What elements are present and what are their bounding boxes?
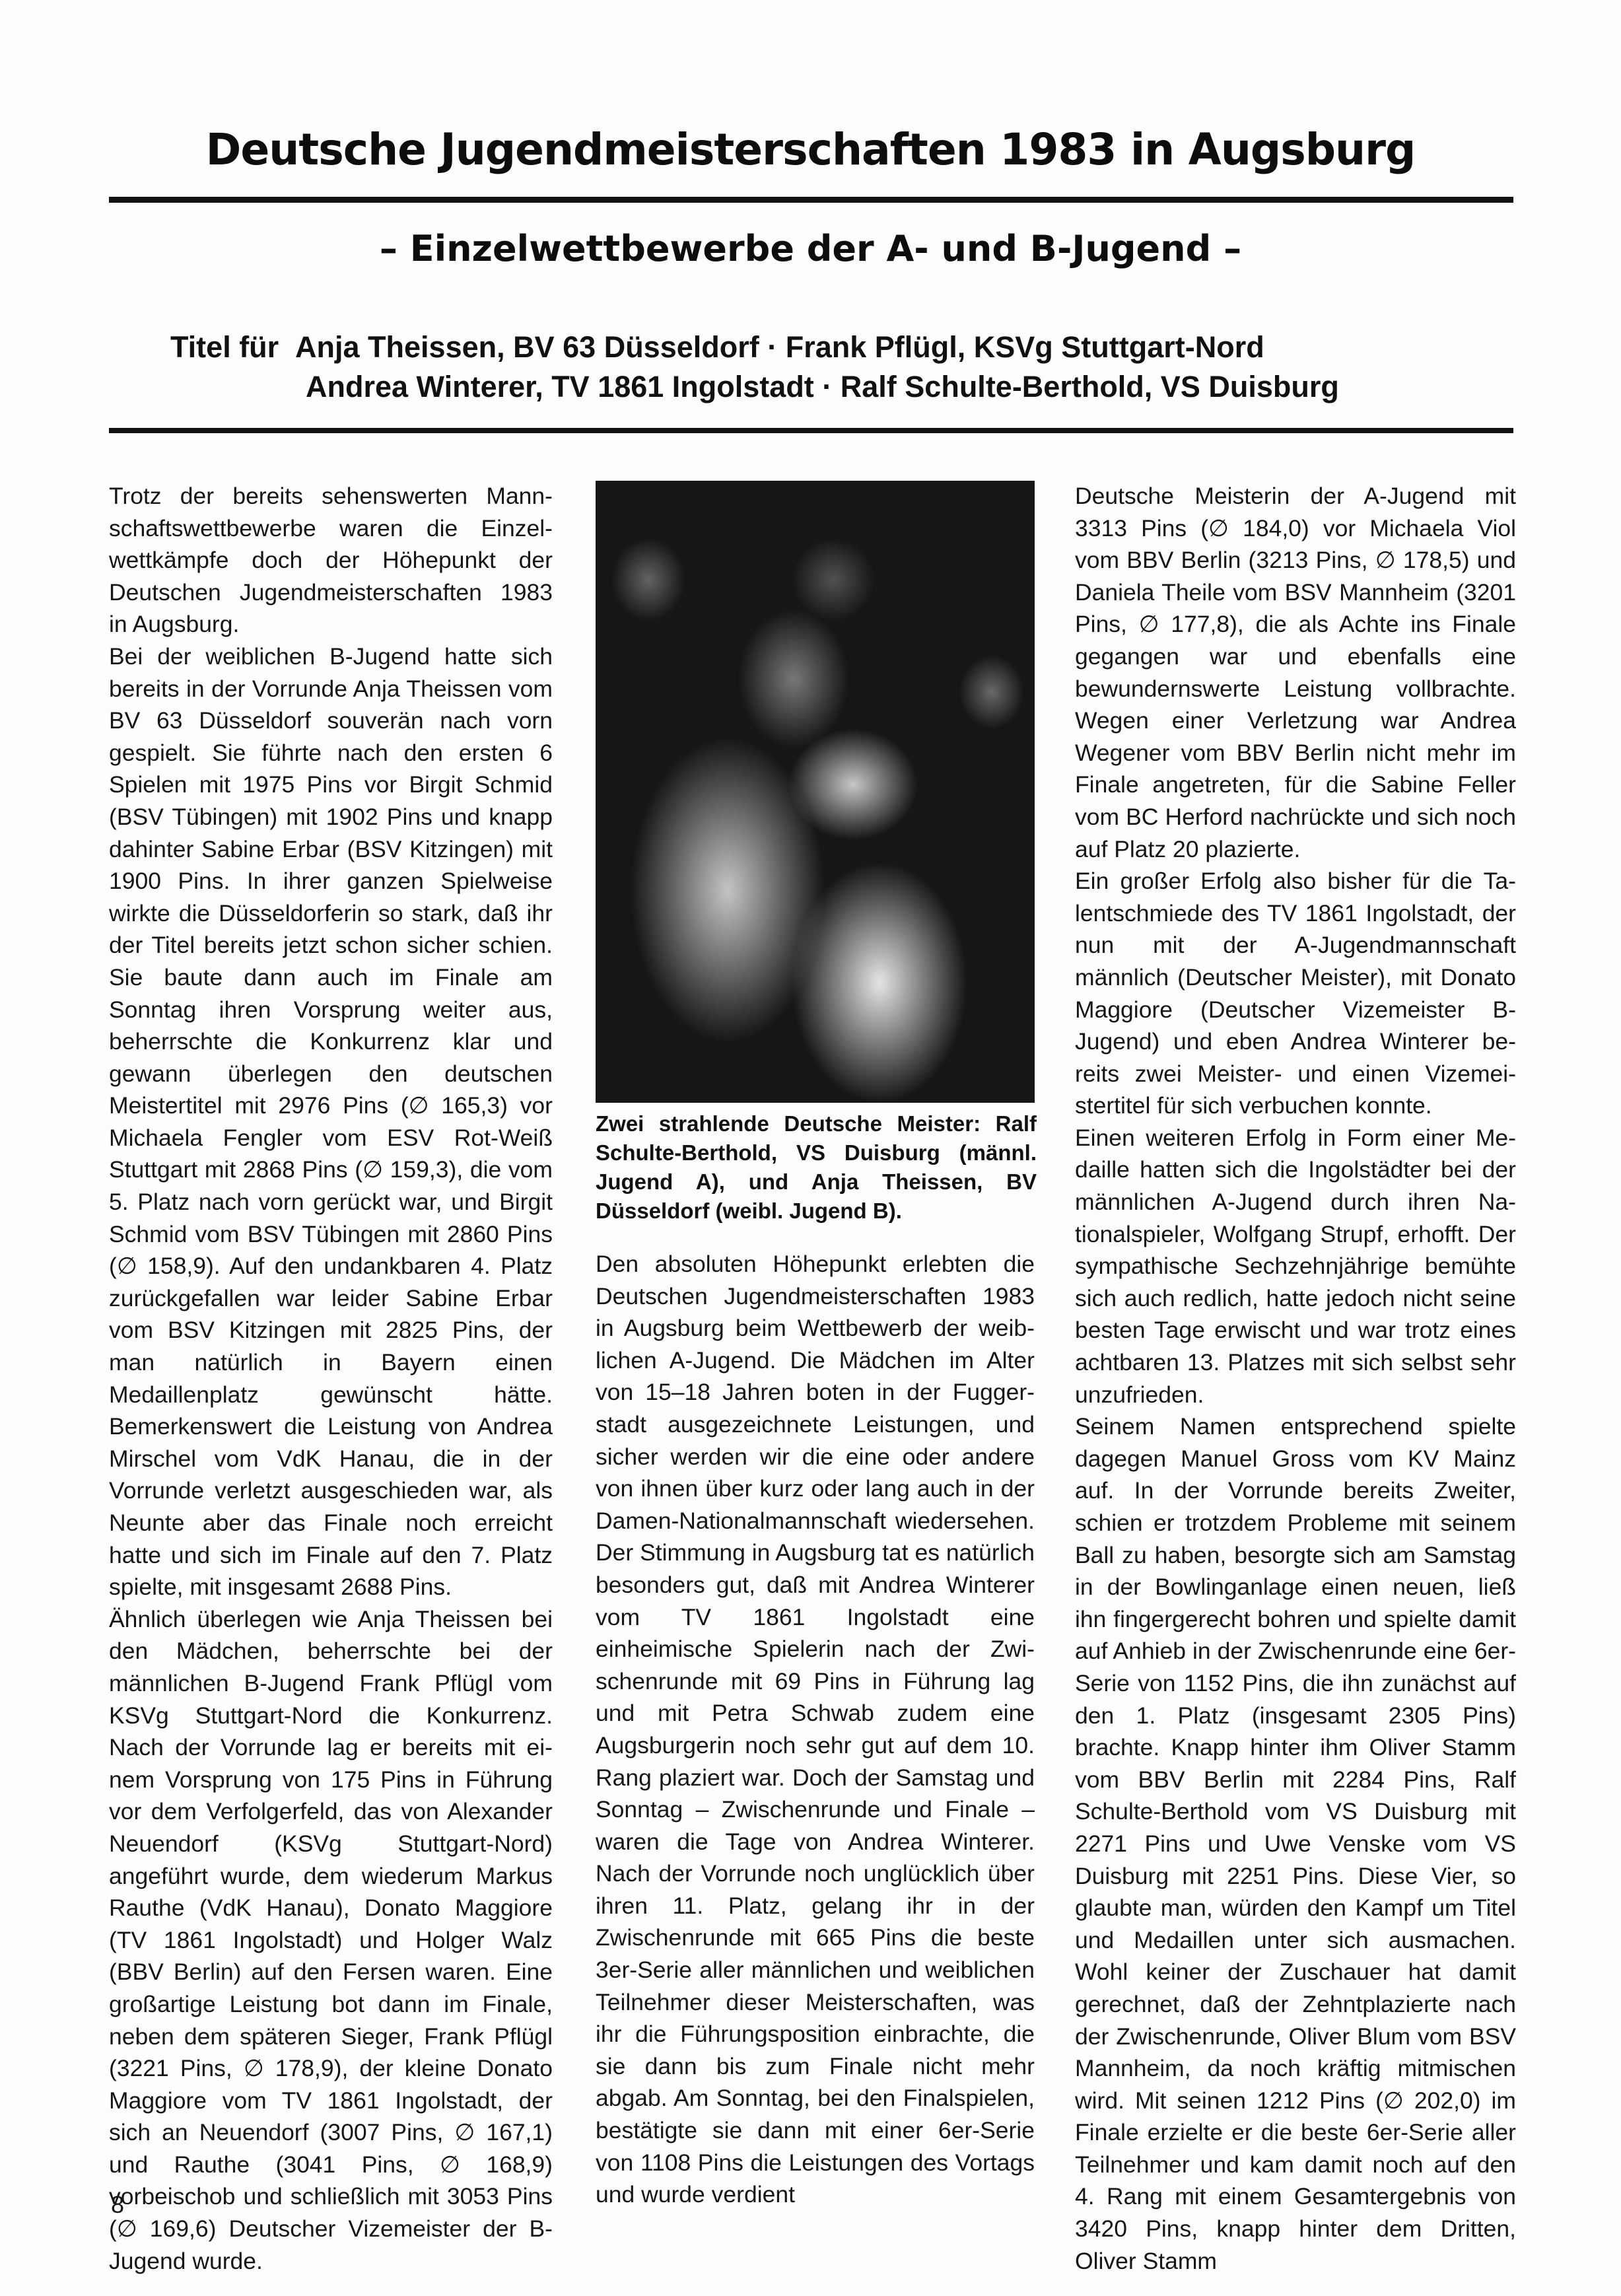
titles-line-1: Anja Theissen, BV 63 Düsseldorf · Frank … [295,330,1264,364]
header-bottom-rule [109,428,1513,433]
paragraph: Ähnlich überlegen wie Anja Theissen bei … [109,1603,553,2277]
paragraph: Einen weiteren Erfolg in Form einer Me­d… [1075,1122,1516,1410]
article-subtitle: – Einzelwettbewerbe der A- und B-Jugend … [109,228,1512,269]
title-rule [109,197,1513,203]
titles-label: Titel für [170,330,279,364]
page-number: 8 [111,2191,124,2219]
photo-caption: Zwei strahlende Deutsche Meister: Ralf S… [596,1109,1037,1226]
paragraph: Bei der weiblichen B-Jugend hatte sich b… [109,641,553,1603]
paragraph: Ein großer Erfolg also bisher für die Ta… [1075,865,1516,1122]
text-column-right: Deutsche Meisterin der A-Jugend mit 3313… [1075,480,1516,2277]
magazine-page: Deutsche Jugendmeisterschaften 1983 in A… [0,0,1621,2296]
paragraph: Deutsche Meisterin der A-Jugend mit 3313… [1075,480,1516,865]
paragraph: Trotz der bereits sehenswerten Mann­scha… [109,480,553,641]
photo-champions [596,481,1035,1103]
text-column-middle: Den absoluten Höhepunkt erlebten die Deu… [596,1248,1035,2211]
paragraph: Den absoluten Höhepunkt erlebten die Deu… [596,1248,1035,2211]
article-title: Deutsche Jugendmeisterschaften 1983 in A… [123,124,1498,175]
text-column-left: Trotz der bereits sehenswerten Mann­scha… [109,480,553,2277]
paragraph: Seinem Namen entsprechend spielte dagege… [1075,1410,1516,2277]
titles-line-2: Andrea Winterer, TV 1861 Ingolstadt · Ra… [306,370,1339,403]
